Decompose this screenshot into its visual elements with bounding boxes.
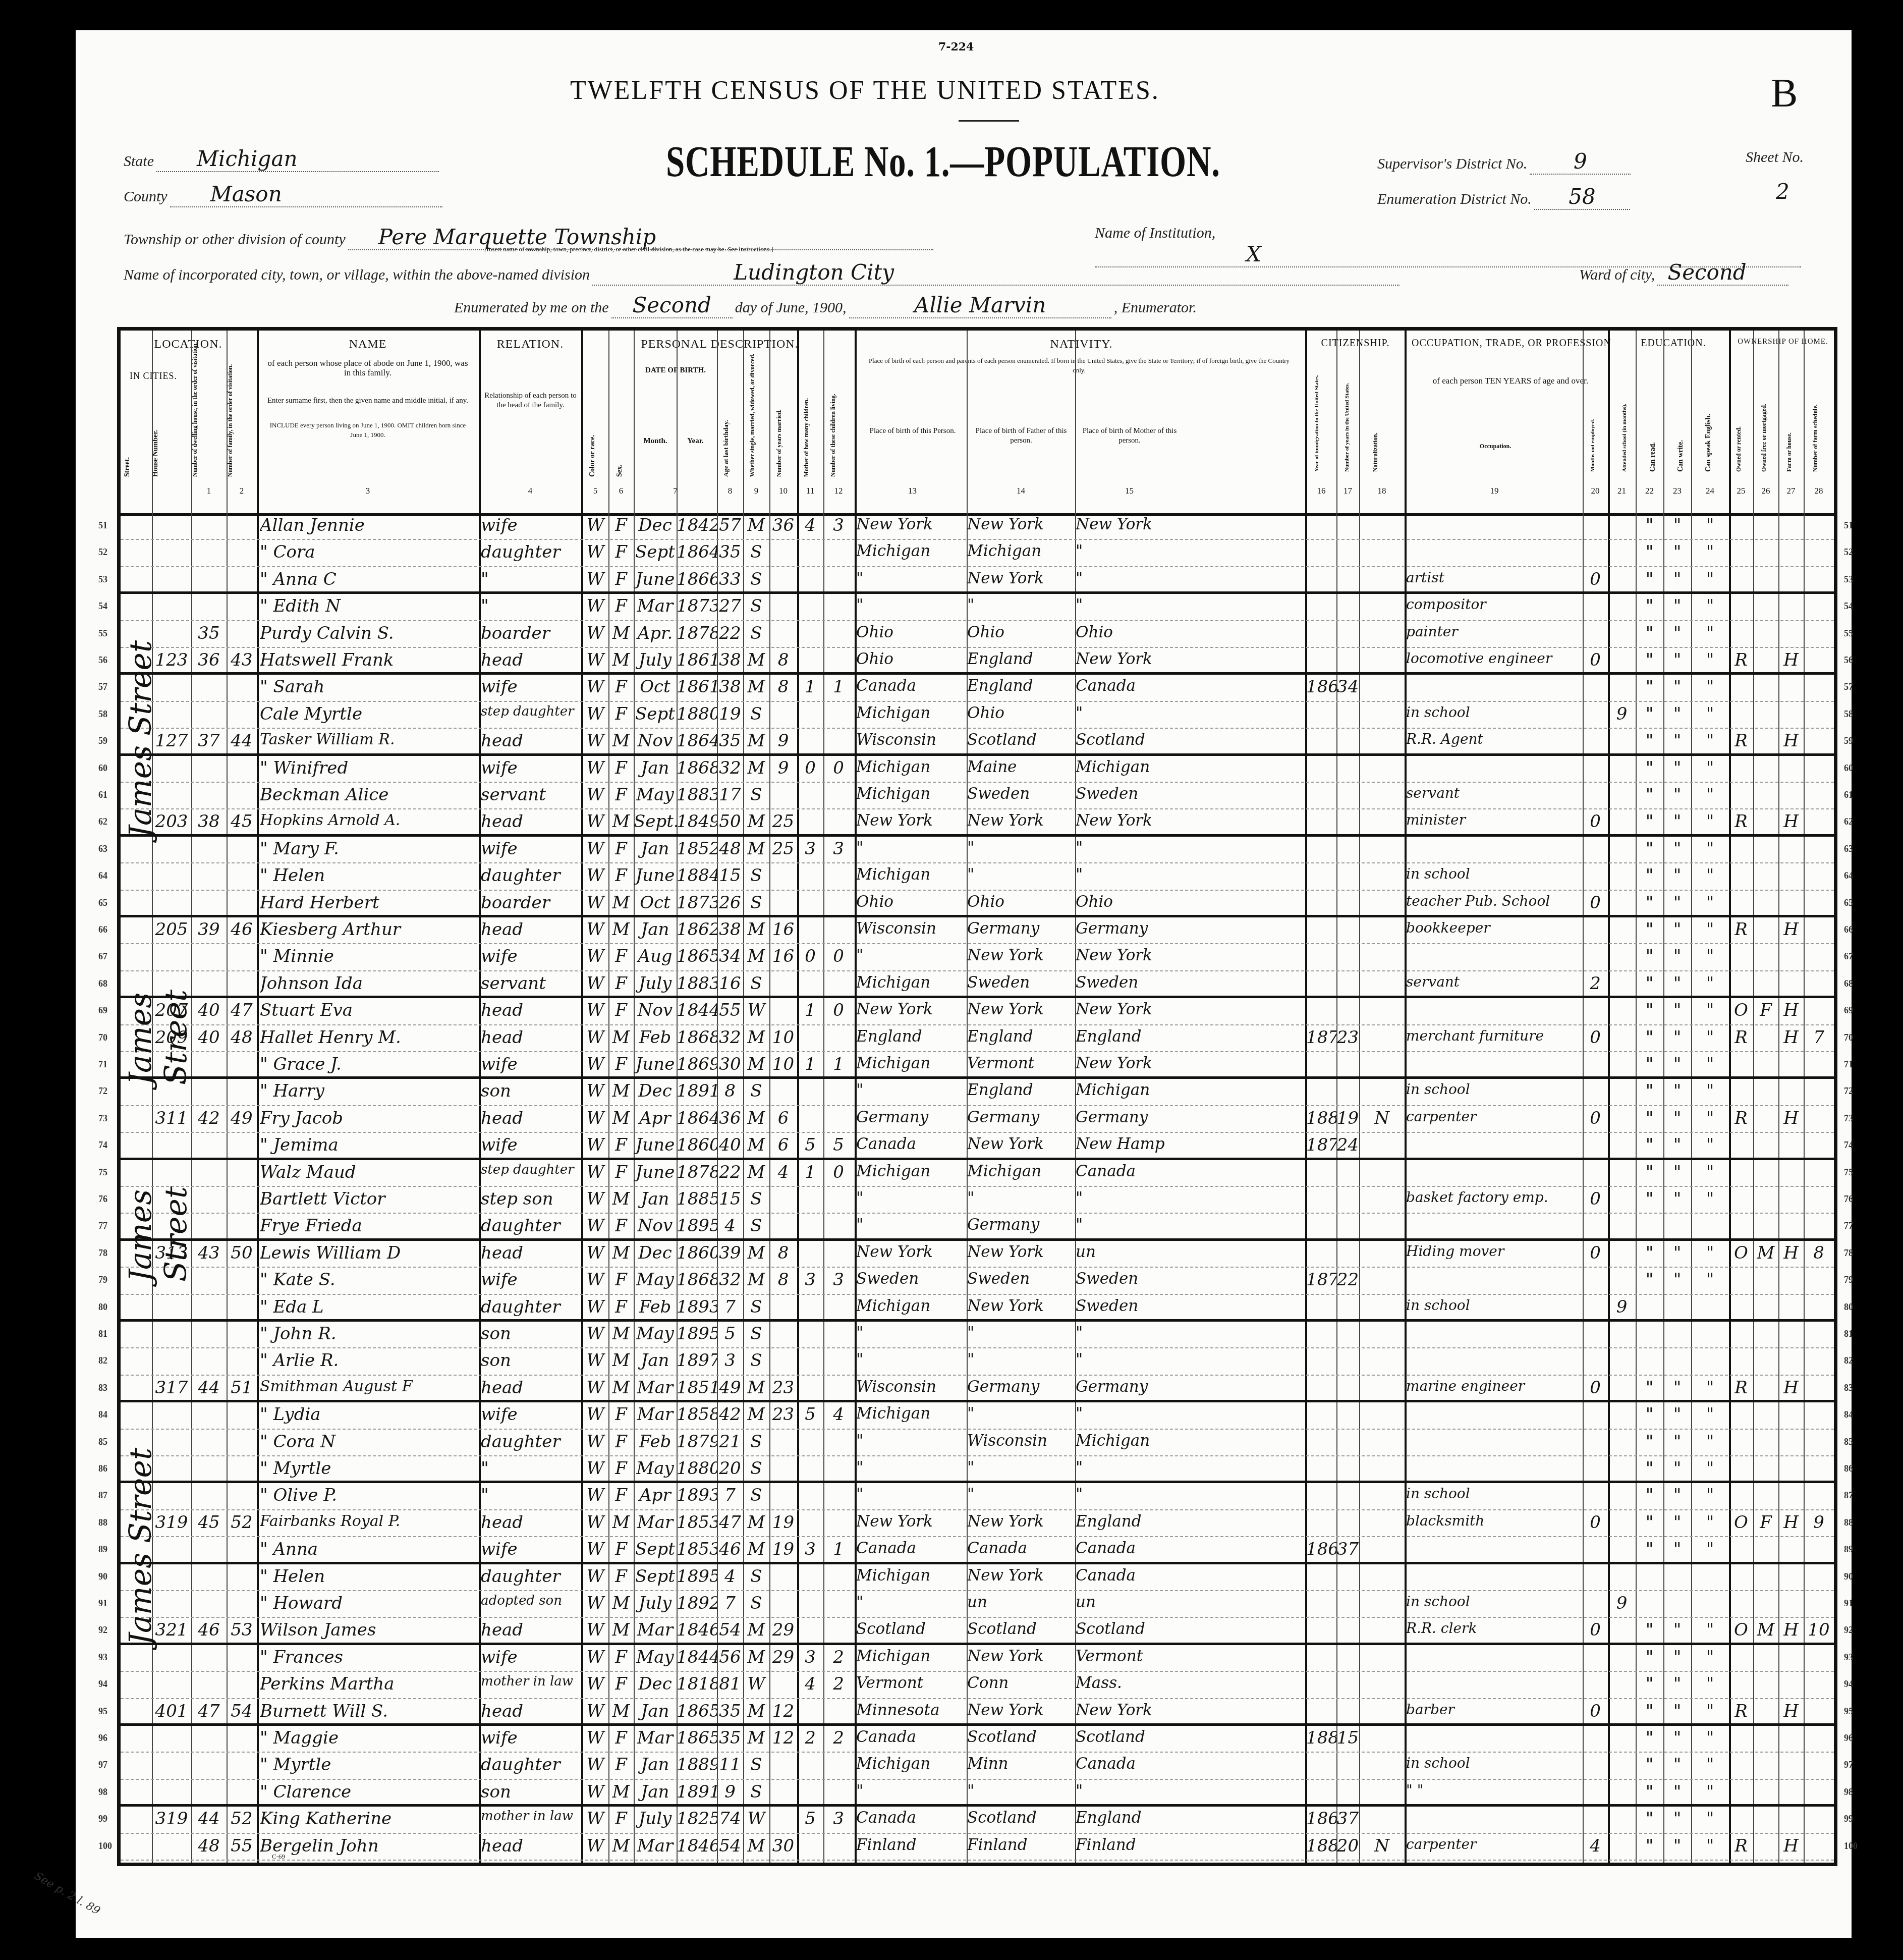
cell-race: W — [582, 1135, 608, 1155]
cell-immigration-year: 1885 — [1306, 1728, 1336, 1748]
col-farm-house-label: Farm or house. — [1785, 391, 1793, 472]
line-number: 71 — [1844, 1059, 1853, 1070]
cell-mother-birthplace: " — [1076, 1404, 1184, 1423]
cell-relation: wife — [481, 677, 581, 697]
line-number: 83 — [1844, 1383, 1853, 1393]
table-row: " SarahwifeWFOct186138M811CanadaEnglandC… — [121, 675, 1834, 701]
name-description: of each person whose place of abode on J… — [264, 358, 471, 377]
line-number: 78 — [98, 1248, 107, 1259]
cell-mother-of: 0 — [797, 946, 823, 966]
cell-father-birthplace: England — [967, 650, 1075, 668]
cell-can-read: " — [1636, 1432, 1663, 1452]
cell-mother-birthplace: Ohio — [1076, 623, 1184, 641]
cell-age: 81 — [717, 1674, 743, 1694]
cell-race: W — [582, 1728, 608, 1748]
table-row: " Mary F.wifeWFJan185248M2533"""""" — [121, 837, 1834, 863]
cell-can-read: " — [1636, 1647, 1663, 1667]
cell-can-read: " — [1636, 1836, 1663, 1856]
cell-farm-schedule-number: 9 — [1804, 1512, 1834, 1533]
cell-age: 4 — [717, 1216, 743, 1236]
cell-marital-status: M — [743, 1108, 769, 1128]
cell-sex: M — [608, 1593, 634, 1613]
ward-label: Ward of city, — [1579, 266, 1655, 283]
cell-relation: wife — [481, 1404, 581, 1425]
cell-race: W — [582, 1243, 608, 1263]
cell-can-read: " — [1636, 650, 1663, 670]
city-field: Name of incorporated city, town, or vill… — [124, 260, 1400, 286]
table-row: " Arlie R.sonWMJan18973S""" — [121, 1348, 1834, 1375]
line-number: 70 — [1844, 1032, 1853, 1043]
cell-relation: daughter — [481, 1216, 581, 1236]
line-number: 56 — [1844, 655, 1853, 666]
line-number: 57 — [1844, 682, 1853, 692]
cell-father-birthplace: Ohio — [967, 893, 1075, 911]
cell-years-married: 25 — [769, 811, 797, 832]
cell-person-name: Bartlett Victor — [260, 1189, 478, 1209]
cell-race: W — [582, 1755, 608, 1775]
cell-relation: servant — [481, 973, 581, 994]
col-num-24: 24 — [1691, 486, 1729, 496]
group-education: EDUCATION. — [1618, 338, 1729, 349]
col-naturalization-label: Naturalization. — [1372, 391, 1379, 472]
cell-mother-of: 5 — [797, 1809, 823, 1829]
cell-can-write: " — [1663, 1620, 1691, 1640]
cell-race: W — [582, 704, 608, 724]
nativity-description: Place of birth of each person and parent… — [862, 356, 1296, 375]
cell-can-write: " — [1663, 1782, 1691, 1802]
cell-birth-month: Mar — [634, 1512, 677, 1533]
cell-can-read: " — [1636, 704, 1663, 724]
cell-years-married: 6 — [769, 1135, 797, 1155]
line-number: 66 — [1844, 924, 1853, 935]
table-row: " LydiawifeWFMar185842M2354Michigan""""" — [121, 1402, 1834, 1429]
cell-occupation: merchant furniture — [1406, 1027, 1583, 1044]
cell-can-write: " — [1663, 865, 1691, 886]
cell-birthplace: Canada — [856, 677, 966, 695]
cell-children-living: 3 — [823, 515, 854, 535]
cell-mother-birthplace: Canada — [1076, 677, 1184, 695]
cell-owned-rented: O — [1729, 1000, 1753, 1020]
cell-sex: F — [608, 1674, 634, 1694]
cell-family-number: 51 — [227, 1378, 257, 1398]
cell-can-write: " — [1663, 731, 1691, 751]
line-number: 83 — [98, 1383, 107, 1393]
cell-birthplace: Germany — [856, 1108, 966, 1126]
cell-age: 11 — [717, 1755, 743, 1775]
cell-marital-status: W — [743, 1000, 769, 1020]
form-number: 7-224 — [938, 40, 974, 53]
cell-person-name: Hatswell Frank — [260, 650, 478, 670]
county-value: Mason — [170, 182, 442, 207]
cell-can-read: " — [1636, 1027, 1663, 1048]
cell-birth-month: Dec — [634, 515, 677, 535]
cell-owned-rented: R — [1729, 1027, 1753, 1048]
cell-sex: M — [608, 1189, 634, 1209]
cell-age: 9 — [717, 1782, 743, 1802]
cell-relation: wife — [481, 1728, 581, 1748]
cell-birth-year: 1869 — [677, 1054, 717, 1074]
cell-marital-status: M — [743, 1728, 769, 1748]
cell-birth-month: Dec — [634, 1081, 677, 1101]
cell-immigration-year: 1881 — [1306, 1108, 1336, 1128]
line-number: 95 — [98, 1706, 107, 1717]
cell-sex: F — [608, 596, 634, 616]
cell-person-name: " Winifred — [260, 758, 478, 778]
cell-years-married: 19 — [769, 1539, 797, 1559]
cell-sex: F — [608, 1404, 634, 1425]
enumerator-label: , Enumerator. — [1114, 299, 1197, 316]
cell-can-read: " — [1636, 758, 1663, 778]
state-value: Michigan — [156, 146, 439, 172]
cell-mother-birthplace: Michigan — [1076, 1432, 1184, 1450]
cell-person-name: Purdy Calvin S. — [260, 623, 478, 643]
cell-birth-month: July — [634, 1593, 677, 1613]
cell-relation: boarder — [481, 623, 581, 643]
cell-relation: daughter — [481, 1566, 581, 1587]
col-year-label: Year. — [677, 437, 714, 446]
line-number: 84 — [1844, 1409, 1853, 1420]
table-row: " JemimawifeWFJune186040M655CanadaNew Yo… — [121, 1133, 1834, 1160]
cell-birth-year: 1884 — [677, 865, 717, 886]
cell-months-unemployed: 0 — [1583, 1701, 1608, 1721]
cell-birth-month: Jan — [634, 1782, 677, 1802]
table-row: " FranceswifeWFMay184456M2932MichiganNew… — [121, 1645, 1834, 1672]
cell-mother-of: 2 — [797, 1728, 823, 1748]
cell-mother-birthplace: un — [1076, 1243, 1184, 1261]
line-number: 58 — [98, 709, 107, 720]
cell-can-read: " — [1636, 1270, 1663, 1290]
cell-months-unemployed: 0 — [1583, 1378, 1608, 1398]
cell-birth-month: Jan — [634, 758, 677, 778]
cell-person-name: " Maggie — [260, 1728, 478, 1748]
supervisor-district-field: Supervisor's District No. 9 — [1377, 149, 1631, 175]
cell-person-name: Fry Jacob — [260, 1108, 478, 1128]
cell-farm-house: H — [1778, 731, 1804, 751]
line-number: 75 — [1844, 1167, 1853, 1178]
table-row: Frye FriedadaughterWFNov18954S"Germany" — [121, 1214, 1834, 1240]
col-num-19: 19 — [1406, 486, 1583, 496]
col-num-14: 14 — [967, 486, 1075, 496]
cell-years-married: 23 — [769, 1404, 797, 1425]
line-number: 82 — [98, 1355, 107, 1366]
cell-can-speak-english: " — [1691, 865, 1729, 886]
table-row: 1233643Hatswell FrankheadWMJuly186138M8O… — [121, 648, 1834, 675]
cell-months-unemployed: 0 — [1583, 1027, 1608, 1048]
cell-race: W — [582, 623, 608, 643]
cell-years-in-us: 23 — [1336, 1027, 1359, 1048]
table-row: " CoradaughterWFSept186435SMichiganMichi… — [121, 540, 1834, 567]
line-number: 69 — [98, 1005, 107, 1016]
line-number: 80 — [1844, 1302, 1853, 1313]
col-num-25: 25 — [1729, 486, 1753, 496]
cell-can-write: " — [1663, 1270, 1691, 1290]
cell-can-read: " — [1636, 1189, 1663, 1209]
cell-age: 47 — [717, 1512, 743, 1533]
cell-family-number: 46 — [227, 919, 257, 940]
cell-birth-month: July — [634, 650, 677, 670]
cell-years-married: 6 — [769, 1108, 797, 1128]
cell-relation: " — [481, 1458, 581, 1479]
cell-family-number: 50 — [227, 1243, 257, 1263]
cell-can-write: " — [1663, 1378, 1691, 1398]
cell-can-read: " — [1636, 677, 1663, 697]
cell-immigration-year: 1880 — [1306, 1836, 1336, 1856]
table-row: 3134350Lewis William DheadWMDec186039M8N… — [121, 1241, 1834, 1268]
line-number: 93 — [98, 1652, 107, 1663]
cell-occupation: in school — [1406, 1297, 1583, 1314]
cell-birth-year: 1852 — [677, 839, 717, 859]
table-row: 4855Bergelin JohnheadWMMar184654M30Finla… — [121, 1834, 1834, 1861]
table-row: " AnnawifeWFSept185346M1931CanadaCanadaC… — [121, 1537, 1834, 1564]
cell-birth-year: 1883 — [677, 785, 717, 805]
cell-birthplace: Canada — [856, 1809, 966, 1827]
cell-birthplace: Ohio — [856, 623, 966, 641]
col-free-mortgaged-label: Owned free or mortgaged. — [1760, 361, 1768, 472]
cell-age: 35 — [717, 1728, 743, 1748]
cell-dwelling-number: 42 — [191, 1108, 227, 1128]
cell-age: 35 — [717, 731, 743, 751]
cell-birthplace: Wisconsin — [856, 1378, 966, 1396]
cell-birth-month: June — [634, 865, 677, 886]
cell-children-living: 2 — [823, 1647, 854, 1667]
cell-can-write: " — [1663, 1512, 1691, 1533]
cell-birthplace: " — [856, 1458, 966, 1477]
cell-birth-year: 1846 — [677, 1836, 717, 1856]
cell-person-name: Beckman Alice — [260, 785, 478, 805]
cell-birth-month: Sept. — [634, 811, 677, 832]
cell-person-name: " Grace J. — [260, 1054, 478, 1074]
cell-farm-house: H — [1778, 1027, 1804, 1048]
cell-mother-of: 1 — [797, 1054, 823, 1074]
cell-marital-status: S — [743, 1189, 769, 1209]
cell-immigration-year: 1863 — [1306, 1809, 1336, 1829]
table-row: " Grace J.wifeWFJune186930M1011MichiganV… — [121, 1052, 1834, 1079]
table-row: " MaggiewifeWFMar186535M1222CanadaScotla… — [121, 1726, 1834, 1753]
cell-sex: M — [608, 893, 634, 913]
cell-birth-month: Nov — [634, 1000, 677, 1020]
cell-marital-status: M — [743, 1054, 769, 1074]
cell-mother-birthplace: New Hamp — [1076, 1135, 1184, 1153]
cell-race: W — [582, 677, 608, 697]
cell-children-living: 2 — [823, 1674, 854, 1694]
cell-can-speak-english: " — [1691, 973, 1729, 994]
cell-occupation: in school — [1406, 865, 1583, 882]
cell-sex: F — [608, 1647, 634, 1667]
table-row: 4014754Burnett Will S.headWMJan186535M12… — [121, 1699, 1834, 1726]
cell-children-living: 4 — [823, 1404, 854, 1425]
cell-free-mortgaged: F — [1753, 1000, 1778, 1020]
cell-mother-birthplace: New York — [1076, 946, 1184, 964]
cell-can-read: " — [1636, 1620, 1663, 1640]
line-number: 67 — [98, 951, 107, 962]
table-row: " Anna C"WFJune186633S"New York"artist0"… — [121, 567, 1834, 594]
cell-dwelling-number: 43 — [191, 1243, 227, 1263]
cell-sex: M — [608, 919, 634, 940]
cell-children-living: 2 — [823, 1728, 854, 1748]
cell-sex: F — [608, 569, 634, 589]
cell-years-in-us: 37 — [1336, 1539, 1359, 1559]
cell-family-number: 55 — [227, 1836, 257, 1856]
table-row: " HarrysonWMDec18918S"EnglandMichiganin … — [121, 1079, 1834, 1106]
cell-years-married: 4 — [769, 1162, 797, 1182]
cell-mother-birthplace: Michigan — [1076, 758, 1184, 776]
cell-birthplace: Wisconsin — [856, 731, 966, 749]
cell-birth-year: 1880 — [677, 704, 717, 724]
cell-dwelling-number: 39 — [191, 919, 227, 940]
cell-relation: step daughter — [481, 1162, 581, 1177]
cell-marital-status: S — [743, 1485, 769, 1505]
cell-can-speak-english: " — [1691, 1512, 1729, 1533]
cell-race: W — [582, 1512, 608, 1533]
cell-can-write: " — [1663, 1836, 1691, 1856]
cell-family-number: 52 — [227, 1512, 257, 1533]
col-months-unemployed-label: Months not employed. — [1590, 401, 1596, 472]
cell-birthplace: " — [856, 839, 966, 857]
cell-marital-status: M — [743, 1135, 769, 1155]
cell-dwelling-number: 44 — [191, 1378, 227, 1398]
cell-owned-rented: O — [1729, 1243, 1753, 1263]
cell-sex: F — [608, 973, 634, 994]
cell-mother-birthplace: Canada — [1076, 1755, 1184, 1773]
line-number: 97 — [98, 1760, 107, 1770]
cell-can-read: " — [1636, 1674, 1663, 1694]
line-number: 93 — [1844, 1652, 1853, 1663]
cell-years-married: 8 — [769, 1270, 797, 1290]
cell-children-living: 0 — [823, 758, 854, 778]
cell-mother-birthplace: New York — [1076, 1054, 1184, 1072]
cell-marital-status: S — [743, 704, 769, 724]
cell-person-name: " Myrtle — [260, 1458, 478, 1479]
cell-race: W — [582, 839, 608, 859]
cell-age: 55 — [717, 1000, 743, 1020]
cell-birth-year: 1853 — [677, 1539, 717, 1559]
cell-farm-house: H — [1778, 1000, 1804, 1020]
cell-age: 56 — [717, 1647, 743, 1667]
cell-race: W — [582, 865, 608, 886]
cell-person-name: " John R. — [260, 1324, 478, 1344]
cell-marital-status: S — [743, 623, 769, 643]
cell-relation: adopted son — [481, 1593, 581, 1608]
cell-birth-month: June — [634, 1054, 677, 1074]
line-number: 82 — [1844, 1355, 1853, 1366]
line-number: 84 — [98, 1409, 107, 1420]
col-sex-label: Sex. — [616, 447, 624, 477]
cell-marital-status: S — [743, 1081, 769, 1101]
cell-marital-status: S — [743, 865, 769, 886]
township-label: Township or other division of county — [124, 231, 346, 248]
cell-months-unemployed: 0 — [1583, 811, 1608, 832]
cell-age: 38 — [717, 919, 743, 940]
cell-race: W — [582, 973, 608, 994]
cell-birthplace: New York — [856, 515, 966, 533]
cell-naturalization: N — [1359, 1108, 1405, 1128]
table-row: Beckman AliceservantWFMay188317SMichigan… — [121, 783, 1834, 809]
cell-can-read: " — [1636, 1539, 1663, 1559]
cell-relation: head — [481, 1243, 581, 1263]
cell-occupation: in school — [1406, 1485, 1583, 1502]
cell-can-speak-english: " — [1691, 1054, 1729, 1074]
cell-owned-rented: R — [1729, 1836, 1753, 1856]
cell-age: 50 — [717, 811, 743, 832]
cell-birth-year: 1868 — [677, 758, 717, 778]
cell-sex: F — [608, 1054, 634, 1074]
cell-mother-birthplace: " — [1076, 1324, 1184, 1342]
cell-race: W — [582, 1270, 608, 1290]
line-number: 65 — [1844, 898, 1853, 908]
cell-age: 7 — [717, 1593, 743, 1613]
cell-can-read: " — [1636, 542, 1663, 562]
cell-marital-status: S — [743, 1324, 769, 1344]
cell-children-living: 0 — [823, 1162, 854, 1182]
cell-relation: head — [481, 650, 581, 670]
col-num-1: 1 — [191, 486, 227, 496]
cell-mother-birthplace: Vermont — [1076, 1647, 1184, 1665]
cell-age: 4 — [717, 1566, 743, 1587]
line-number: 71 — [98, 1059, 107, 1070]
cell-relation: wife — [481, 1270, 581, 1290]
cell-father-birthplace: " — [967, 1458, 1075, 1477]
cell-race: W — [582, 542, 608, 562]
line-number: 85 — [1844, 1437, 1853, 1447]
line-number: 90 — [98, 1571, 107, 1582]
line-number: 53 — [1844, 574, 1853, 585]
cell-can-speak-english: " — [1691, 704, 1729, 724]
cell-farm-house: H — [1778, 811, 1804, 832]
cell-marital-status: M — [743, 1836, 769, 1856]
cell-sex: F — [608, 704, 634, 724]
line-number: 66 — [98, 924, 107, 935]
cell-person-name: " Sarah — [260, 677, 478, 697]
line-number: 68 — [1844, 978, 1853, 989]
cell-children-living: 1 — [823, 1054, 854, 1074]
cell-age: 8 — [717, 1081, 743, 1101]
cell-relation: head — [481, 1378, 581, 1398]
cell-years-married: 9 — [769, 731, 797, 751]
table-row: 3174451Smithman August FheadWMMar185149M… — [121, 1376, 1834, 1402]
cell-can-write: " — [1663, 1458, 1691, 1479]
cell-age: 30 — [717, 1054, 743, 1074]
cell-can-speak-english: " — [1691, 1404, 1729, 1425]
cell-can-read: " — [1636, 1243, 1663, 1263]
cell-owned-rented: R — [1729, 1378, 1753, 1398]
cell-marital-status: M — [743, 1378, 769, 1398]
cell-occupation: servant — [1406, 785, 1583, 801]
cell-person-name: Burnett Will S. — [260, 1701, 478, 1721]
cell-age: 36 — [717, 1108, 743, 1128]
cell-birth-month: June — [634, 1162, 677, 1182]
population-table: LOCATION. IN CITIES. NAME of each person… — [117, 327, 1837, 1866]
cell-can-speak-english: " — [1691, 731, 1729, 751]
cell-birth-month: Jan — [634, 1350, 677, 1371]
cell-sex: M — [608, 1108, 634, 1128]
cell-father-birthplace: New York — [967, 946, 1075, 964]
cell-age: 22 — [717, 623, 743, 643]
col-mother-of-label: Mother of how many children. — [803, 346, 810, 477]
cell-person-name: Hard Herbert — [260, 893, 478, 913]
cell-mother-birthplace: Canada — [1076, 1566, 1184, 1585]
cell-can-speak-english: " — [1691, 596, 1729, 616]
census-title: TWELFTH CENSUS OF THE UNITED STATES. — [570, 76, 1160, 105]
cell-mother-of: 3 — [797, 1647, 823, 1667]
cell-family-number: 54 — [227, 1701, 257, 1721]
cell-birth-year: 1862 — [677, 919, 717, 940]
line-number: 60 — [1844, 763, 1853, 774]
cell-mother-birthplace: Germany — [1076, 919, 1184, 938]
cell-birth-year: 1873 — [677, 596, 717, 616]
cell-school-months: 9 — [1608, 1297, 1636, 1317]
cell-birth-month: Jan — [634, 839, 677, 859]
cell-can-speak-english: " — [1691, 1647, 1729, 1667]
